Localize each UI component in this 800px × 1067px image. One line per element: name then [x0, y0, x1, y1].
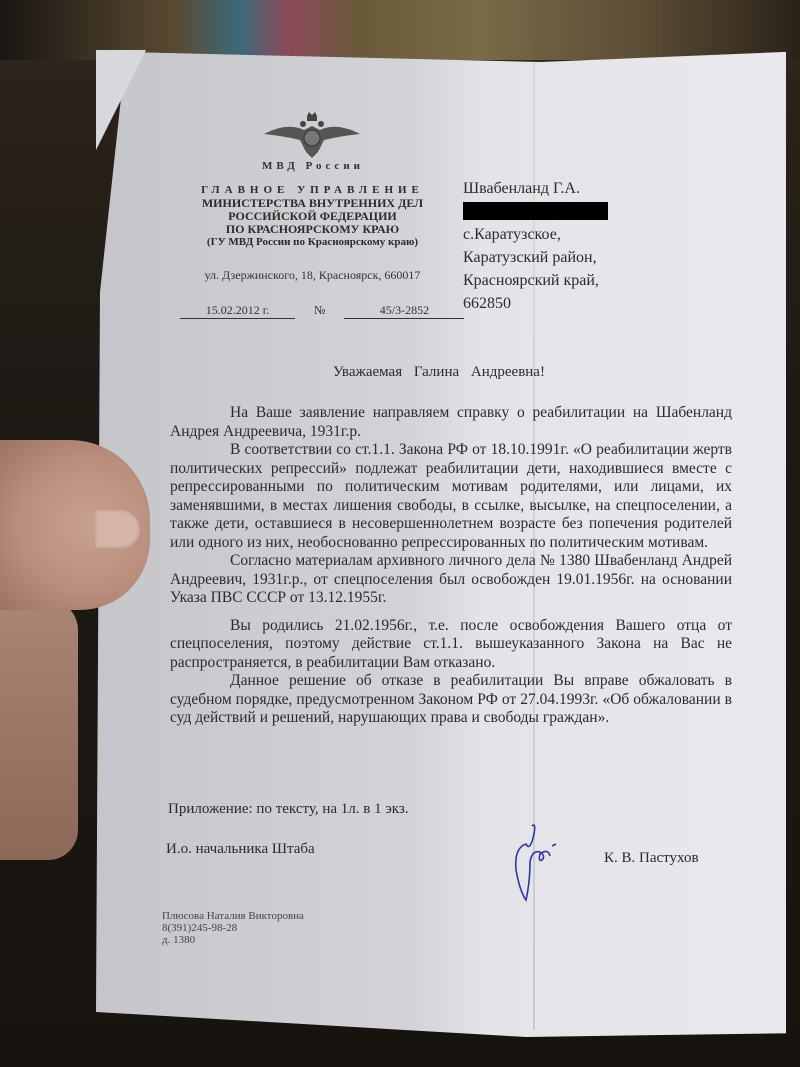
signer-name: К. В. Пастухов [604, 850, 699, 867]
recipient-name: Швабенланд Г.А. [463, 177, 608, 200]
executor-block: Плюсова Наталия Викторовна 8(391)245-98-… [162, 910, 304, 946]
ministry-short-name: МВД России [218, 160, 408, 172]
handwritten-signature-icon [510, 822, 560, 902]
redaction-bar [463, 202, 608, 220]
executor-name: Плюсова Наталия Викторовна [162, 910, 304, 922]
salutation: Уважаемая Галина Андреевна! [333, 364, 545, 381]
body-paragraph: Данное решение об отказе в реабилитации … [170, 672, 732, 728]
organization-name: ГЛАВНОЕ УПРАВЛЕНИЕ МИНИСТЕРСТВА ВНУТРЕНН… [180, 184, 445, 249]
recipient-block: Швабенланд Г.А. с.Каратузское, Каратузск… [463, 177, 608, 315]
body-paragraph: Вы родились 21.02.1956г., т.е. после осв… [170, 617, 732, 673]
number-sign: № [314, 303, 325, 318]
signer-title: И.о. начальника Штаба [166, 841, 315, 858]
body-paragraph: Согласно материалам архивного личного де… [170, 552, 732, 608]
registration-date: 15.02.2012 г. [180, 303, 295, 319]
recipient-address-line: Красноярский край, [463, 269, 608, 292]
body-paragraph: В соответствии со ст.1.1. Закона РФ от 1… [170, 441, 732, 552]
registration-number: 45/3-2852 [344, 303, 464, 319]
recipient-address-line: 662850 [463, 292, 608, 315]
body-paragraph: На Ваше заявление направляем справку о р… [170, 404, 732, 441]
org-address: ул. Дзержинского, 18, Красноярск, 660017 [190, 268, 435, 283]
hand-fingers [0, 600, 78, 860]
attachment-note: Приложение: по тексту, на 1л. в 1 экз. [168, 801, 409, 818]
recipient-address-line: Каратузский район, [463, 246, 608, 269]
thumb-nail [95, 510, 140, 548]
executor-phone: 8(391)245-98-28 [162, 922, 304, 934]
registration-line: 15.02.2012 г. № 45/3-2852 [180, 303, 464, 319]
letter-body: На Ваше заявление направляем справку о р… [170, 404, 732, 728]
org-line: (ГУ МВД России по Красноярскому краю) [180, 236, 445, 249]
double-headed-eagle-emblem-icon [262, 112, 362, 160]
org-line: ПО КРАСНОЯРСКОМУ КРАЮ [180, 223, 445, 236]
recipient-address-line: с.Каратузское, [463, 223, 608, 246]
executor-file: д. 1380 [162, 934, 304, 946]
